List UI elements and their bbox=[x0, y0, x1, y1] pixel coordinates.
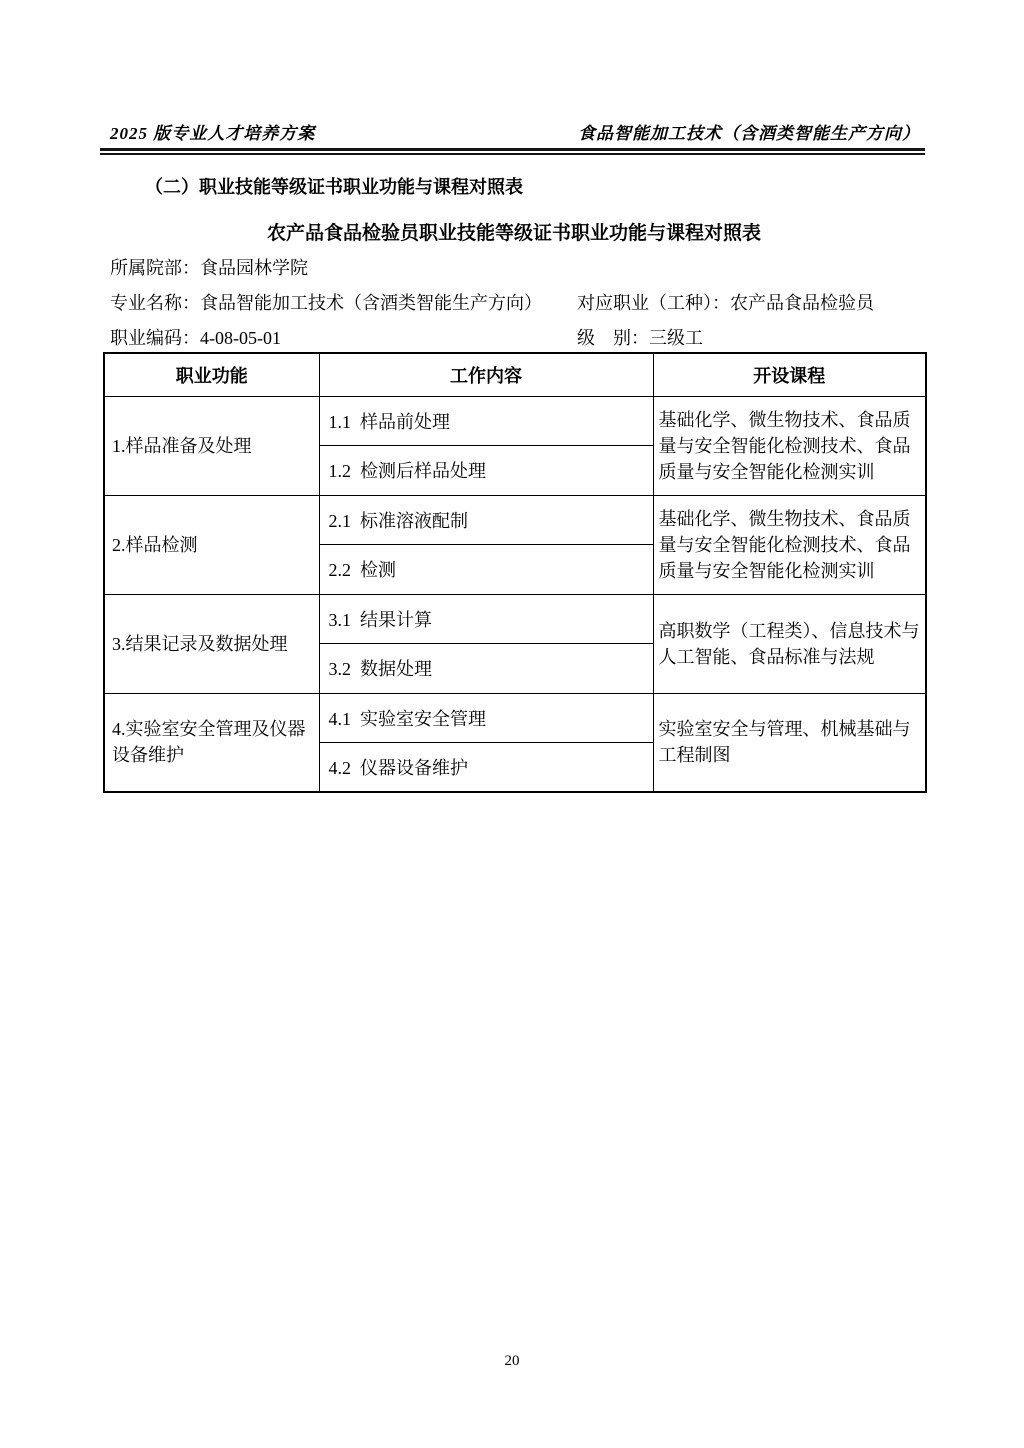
info-line-major: 专业名称：食品智能加工技术（含酒类智能生产方向） 对应职业（工种）：农产品食品检… bbox=[110, 293, 924, 313]
courses-cell: 高职数学（工程类）、信息技术与人工智能、食品标准与法规 bbox=[653, 594, 926, 693]
page-number: 20 bbox=[0, 1353, 1024, 1370]
info-line-department: 所属院部：食品园林学院 bbox=[110, 258, 924, 278]
page-header: 2025 版专业人才培养方案 食品智能加工技术（含酒类智能生产方向） bbox=[110, 119, 920, 144]
task-cell: 3.2 数据处理 bbox=[319, 644, 653, 694]
task-cell: 4.2 仪器设备维护 bbox=[319, 743, 653, 793]
table-row: 3.结果记录及数据处理 3.1 结果计算 高职数学（工程类）、信息技术与人工智能… bbox=[104, 594, 926, 644]
level-text: 级 别：三级工 bbox=[577, 328, 703, 348]
header-right-text: 食品智能加工技术（含酒类智能生产方向） bbox=[578, 119, 920, 144]
task-cell: 2.1 标准溶液配制 bbox=[319, 495, 653, 545]
major-text: 专业名称：食品智能加工技术（含酒类智能生产方向） bbox=[110, 293, 542, 313]
task-cell: 1.1 样品前处理 bbox=[319, 396, 653, 446]
task-cell: 2.2 检测 bbox=[319, 545, 653, 595]
department-text: 所属院部：食品园林学院 bbox=[110, 258, 308, 278]
courses-cell: 基础化学、微生物技术、食品质量与安全智能化检测技术、食品质量与安全智能化检测实训 bbox=[653, 495, 926, 594]
table-title: 农产品食品检验员职业技能等级证书职业功能与课程对照表 bbox=[103, 223, 925, 244]
column-header-function: 职业功能 bbox=[104, 353, 319, 396]
task-cell: 3.1 结果计算 bbox=[319, 594, 653, 644]
function-cell: 1.样品准备及处理 bbox=[104, 396, 319, 495]
occupation-text: 对应职业（工种）：农产品食品检验员 bbox=[577, 293, 874, 313]
info-line-code: 职业编码：4-08-05-01 级 别：三级工 bbox=[110, 328, 924, 348]
table-row: 2.样品检测 2.1 标准溶液配制 基础化学、微生物技术、食品质量与安全智能化检… bbox=[104, 495, 926, 545]
table-row: 1.样品准备及处理 1.1 样品前处理 基础化学、微生物技术、食品质量与安全智能… bbox=[104, 396, 926, 446]
function-cell: 3.结果记录及数据处理 bbox=[104, 594, 319, 693]
section-heading: （二）职业技能等级证书职业功能与课程对照表 bbox=[145, 177, 523, 197]
courses-cell: 基础化学、微生物技术、食品质量与安全智能化检测技术、食品质量与安全智能化检测实训 bbox=[653, 396, 926, 495]
function-cell: 2.样品检测 bbox=[104, 495, 319, 594]
task-cell: 1.2 检测后样品处理 bbox=[319, 446, 653, 496]
function-cell: 4.实验室安全管理及仪器设备维护 bbox=[104, 693, 319, 792]
function-course-table: 职业功能 工作内容 开设课程 1.样品准备及处理 1.1 样品前处理 基础化学、… bbox=[103, 352, 927, 793]
header-double-rule bbox=[100, 148, 925, 155]
header-left-text: 2025 版专业人才培养方案 bbox=[110, 119, 315, 144]
table-header-row: 职业功能 工作内容 开设课程 bbox=[104, 353, 926, 396]
task-cell: 4.1 实验室安全管理 bbox=[319, 693, 653, 743]
document-page: 2025 版专业人才培养方案 食品智能加工技术（含酒类智能生产方向） （二）职业… bbox=[0, 0, 1024, 1448]
table-row: 4.实验室安全管理及仪器设备维护 4.1 实验室安全管理 实验室安全与管理、机械… bbox=[104, 693, 926, 743]
courses-cell: 实验室安全与管理、机械基础与工程制图 bbox=[653, 693, 926, 792]
occupation-code-text: 职业编码：4-08-05-01 bbox=[110, 328, 281, 348]
column-header-tasks: 工作内容 bbox=[319, 353, 653, 396]
column-header-courses: 开设课程 bbox=[653, 353, 926, 396]
